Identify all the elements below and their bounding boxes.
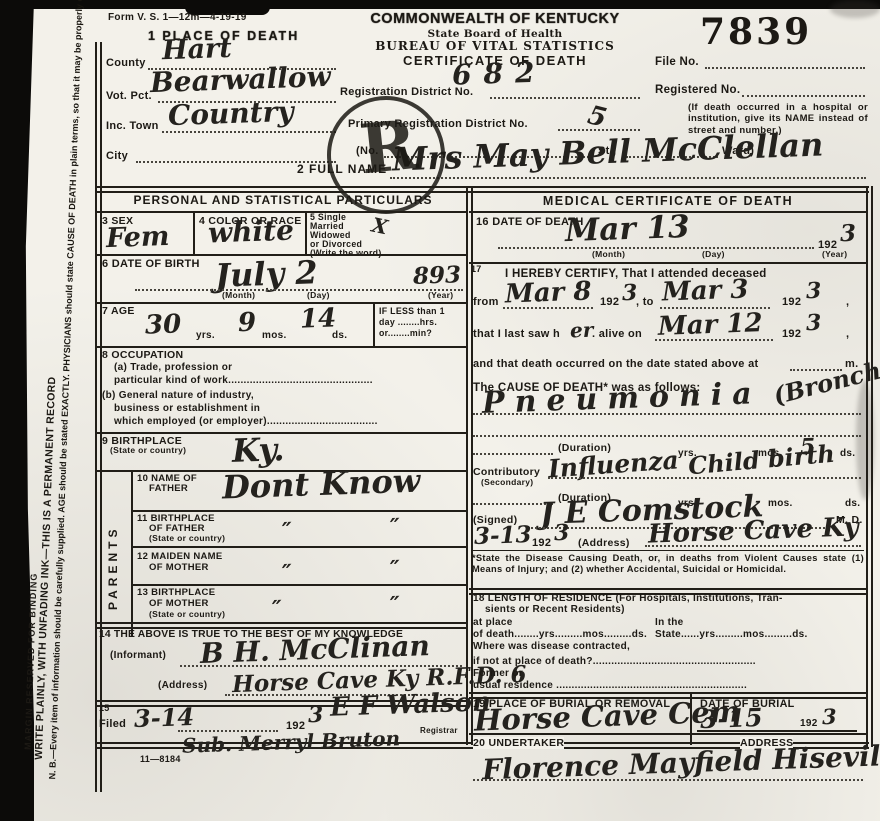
- race-value: white: [208, 217, 295, 248]
- dob-month-cap: (Month): [222, 291, 255, 301]
- registrar-sub-signature: Sub. Merryl Bruton: [182, 728, 401, 756]
- form-border-left: [95, 42, 102, 792]
- lastsaw-year-value: 3: [806, 312, 822, 335]
- sign-year-printed: 192: [532, 537, 551, 550]
- cause-line1: [473, 412, 861, 415]
- if-less-box: IF LESS than 1 day ........hrs. or......…: [379, 306, 445, 339]
- to-year-value: 3: [806, 280, 822, 303]
- age-ds-cap: ds.: [332, 330, 347, 342]
- birthplace-sub: (State or country): [110, 446, 186, 456]
- stamp-letter: R: [356, 105, 421, 190]
- full-name-line: [390, 176, 866, 179]
- age-label: 7 AGE: [102, 305, 135, 317]
- bureau-title: BUREAU OF VITAL STATISTICS: [335, 40, 655, 54]
- registered-no-label: Registered No.: [655, 84, 740, 97]
- cell-divider: [305, 211, 307, 254]
- dob-line: [135, 288, 463, 291]
- dod-line: [498, 246, 814, 249]
- city-label: City: [106, 150, 128, 163]
- certify-from-label: from: [473, 296, 499, 309]
- occupation-b2: business or establishment in: [114, 403, 260, 415]
- residence-usual: usual residence ........................…: [473, 680, 747, 692]
- scan-edge-top: [0, 0, 880, 9]
- sign-date-value: 3-13: [474, 523, 532, 548]
- duration1-ds: ds.: [840, 448, 855, 460]
- rule: [131, 546, 467, 548]
- dod-year-cap: (Year): [822, 250, 847, 260]
- residence-former: Former or: [473, 668, 523, 680]
- age-mos-cap: mos.: [262, 330, 287, 342]
- occupation-b3: which employed (or employer)............…: [114, 416, 378, 428]
- lastsaw-line: [655, 338, 773, 341]
- medical-title: MEDICAL CERTIFICATE OF DEATH: [470, 194, 866, 208]
- county-value: Hart: [162, 35, 233, 64]
- contributory-sub: (Secondary): [481, 478, 533, 488]
- occupation-a2: particular kind of work.................…: [114, 375, 373, 387]
- to-comma: ,: [846, 296, 849, 309]
- sign-address-label: (Address): [578, 537, 630, 549]
- to-year-printed: 192: [782, 296, 801, 309]
- if-less-line2: day ........hrs.: [379, 317, 445, 328]
- residence-ifnot: if not at place of death?...............…: [473, 656, 756, 668]
- mother-name-ditto1: ″: [282, 562, 293, 584]
- age-years-value: 30: [145, 311, 182, 338]
- certify-from-value: Mar 8: [505, 278, 592, 307]
- mother-name-label2: OF MOTHER: [149, 563, 209, 574]
- lastsaw-comma: ,: [846, 328, 849, 341]
- mother-bp-ditto2: ″: [390, 594, 401, 616]
- residence-label2: sients or Recent Residents): [485, 604, 625, 616]
- burial-underline: [697, 730, 857, 732]
- father-name-value: Dont Know: [222, 465, 421, 504]
- registration-district-value: 682: [452, 58, 547, 89]
- rule: [95, 346, 467, 348]
- residence-label1: 18 LENGTH OF RESIDENCE (For Hospitals, I…: [473, 593, 783, 605]
- dod-year-value: 3: [840, 222, 857, 246]
- filed-date-value: 3-14: [134, 705, 195, 731]
- inc-town-value: Country: [168, 98, 295, 130]
- certify-to-value: Mar 3: [662, 276, 749, 305]
- undertaker-label: 20 UNDERTAKER: [473, 737, 564, 749]
- lastsaw-pre: that I last saw h: [473, 328, 560, 341]
- duration1-line: [473, 452, 553, 455]
- inc-town-label: Inc. Town: [106, 120, 159, 133]
- residence-contracted: Where was disease contracted,: [473, 641, 630, 653]
- rule-14: [95, 622, 467, 629]
- form-border-right: [866, 186, 873, 747]
- undertaker-line: [473, 778, 863, 781]
- certify-to-label: , to: [636, 296, 654, 309]
- file-big-number: 7839: [700, 12, 812, 53]
- lastsaw-hw: er: [570, 320, 594, 341]
- dob-label: 6 DATE OF BIRTH: [102, 258, 200, 271]
- age-yrs-cap: yrs.: [196, 330, 215, 342]
- marital-mark: X: [370, 215, 389, 238]
- s17-number: 17: [471, 264, 482, 274]
- form-footer-number: 11—8184: [140, 754, 181, 764]
- if-less-line3: or........min?: [379, 328, 445, 339]
- father-bp-label3: (State or country): [149, 534, 225, 544]
- filed-label: Filed: [99, 718, 126, 731]
- file-no-label: File No.: [655, 56, 699, 69]
- dob-year-cap: (Year): [428, 291, 453, 301]
- if-less-line1: IF LESS than 1: [379, 306, 445, 317]
- age-days-value: 14: [300, 305, 337, 332]
- dob-value: July 2: [214, 256, 318, 292]
- dod-value: Mar 13: [564, 212, 690, 247]
- occurred-statement: and that death occurred on the date stat…: [473, 358, 758, 371]
- contributory-line: [548, 476, 861, 479]
- father-name-label2: FATHER: [149, 484, 188, 495]
- occupation-a1: (a) Trade, profession or: [114, 362, 232, 374]
- dod-month-cap: (Month): [592, 250, 625, 260]
- duration2-mos: mos.: [768, 498, 793, 510]
- lastsaw-value: Mar 12: [658, 310, 763, 340]
- dob-day-cap: (Day): [307, 291, 330, 301]
- sign-address-line: [645, 544, 861, 547]
- duration2-ds: ds.: [845, 498, 860, 510]
- father-bp-ditto1: ″: [282, 520, 293, 542]
- cell-divider: [373, 302, 375, 346]
- columns-top-rule: [95, 186, 869, 193]
- age-months-value: 9: [238, 310, 257, 337]
- county-label: County: [106, 57, 146, 70]
- registrar-label: Registrar: [420, 726, 458, 735]
- lastsaw-mid: . alive on: [592, 328, 642, 341]
- registration-district-line: [490, 96, 640, 99]
- personal-title: PERSONAL AND STATISTICAL PARTICULARS: [99, 194, 467, 208]
- contributory-value2: Child birth: [687, 442, 836, 479]
- informant-address-label: (Address): [158, 680, 207, 692]
- dob-year-value: 893: [413, 263, 462, 288]
- rule: [95, 302, 467, 304]
- burial-year-value: 3: [822, 706, 837, 727]
- vot-pct-value: Bearwallow: [150, 63, 332, 97]
- scan-smudge-topright: [830, 0, 880, 18]
- dod-day-cap: (Day): [702, 250, 725, 260]
- burial-date-value: 3-15: [700, 705, 763, 732]
- residence-in-the: In the: [655, 617, 683, 629]
- rule: [131, 510, 467, 512]
- residence-state-line: State......yrs.........mos.........ds.: [655, 629, 808, 641]
- informant-label: (Informant): [110, 650, 166, 662]
- residence-at-place: at place: [473, 617, 513, 629]
- residence-of-death-line: of death........yrs.........mos.........…: [473, 629, 647, 641]
- filed-year-value: 3: [308, 704, 324, 727]
- sign-address-value: Horse Cave Ky: [648, 514, 859, 547]
- commonwealth-title: COMMONWEALTH OF KENTUCKY: [335, 11, 655, 28]
- informant-value: B H. McClinan: [200, 632, 431, 668]
- registered-no-line: [742, 94, 865, 97]
- cause-footnote: *State the Disease Causing Death, or, in…: [472, 550, 864, 575]
- rule: [95, 211, 467, 213]
- sign-year-value: 3: [554, 522, 570, 545]
- sex-value: Fem: [106, 223, 170, 252]
- mother-name-ditto2: ″: [390, 558, 401, 580]
- lastsaw-year-printed: 192: [782, 328, 801, 341]
- parents-divider: [131, 470, 133, 636]
- father-bp-ditto2: ″: [390, 516, 401, 538]
- birthplace-value: Ky.: [231, 433, 285, 467]
- rule: [469, 262, 866, 264]
- rule: [131, 584, 467, 586]
- death-certificate-scan: MARGIN RESERVED FOR BINDING WRITE PLAINL…: [0, 0, 880, 821]
- cell-divider: [193, 211, 195, 254]
- occupation-label: 8 OCCUPATION: [102, 349, 183, 361]
- certify-from-line: [503, 306, 593, 309]
- from-year-printed: 192: [600, 296, 619, 309]
- registrar-signature: E F Walson: [330, 689, 492, 721]
- file-no-line: [705, 66, 865, 69]
- s15-number: 15: [99, 703, 110, 713]
- rule-20: [469, 733, 866, 735]
- form-number: Form V. S. 1—12m—4-19-19: [108, 12, 247, 24]
- burial-year-printed: 192: [800, 718, 818, 730]
- vot-pct-label: Vot. Pct.: [106, 90, 152, 103]
- mother-bp-ditto1: ″: [272, 598, 283, 620]
- occupation-b1: (b) General nature of industry,: [102, 390, 254, 402]
- full-name-value: Mrs May Bell McClellan: [392, 128, 824, 175]
- parents-label: PARENTS: [107, 500, 121, 610]
- mother-bp-label3: (State or country): [149, 610, 225, 620]
